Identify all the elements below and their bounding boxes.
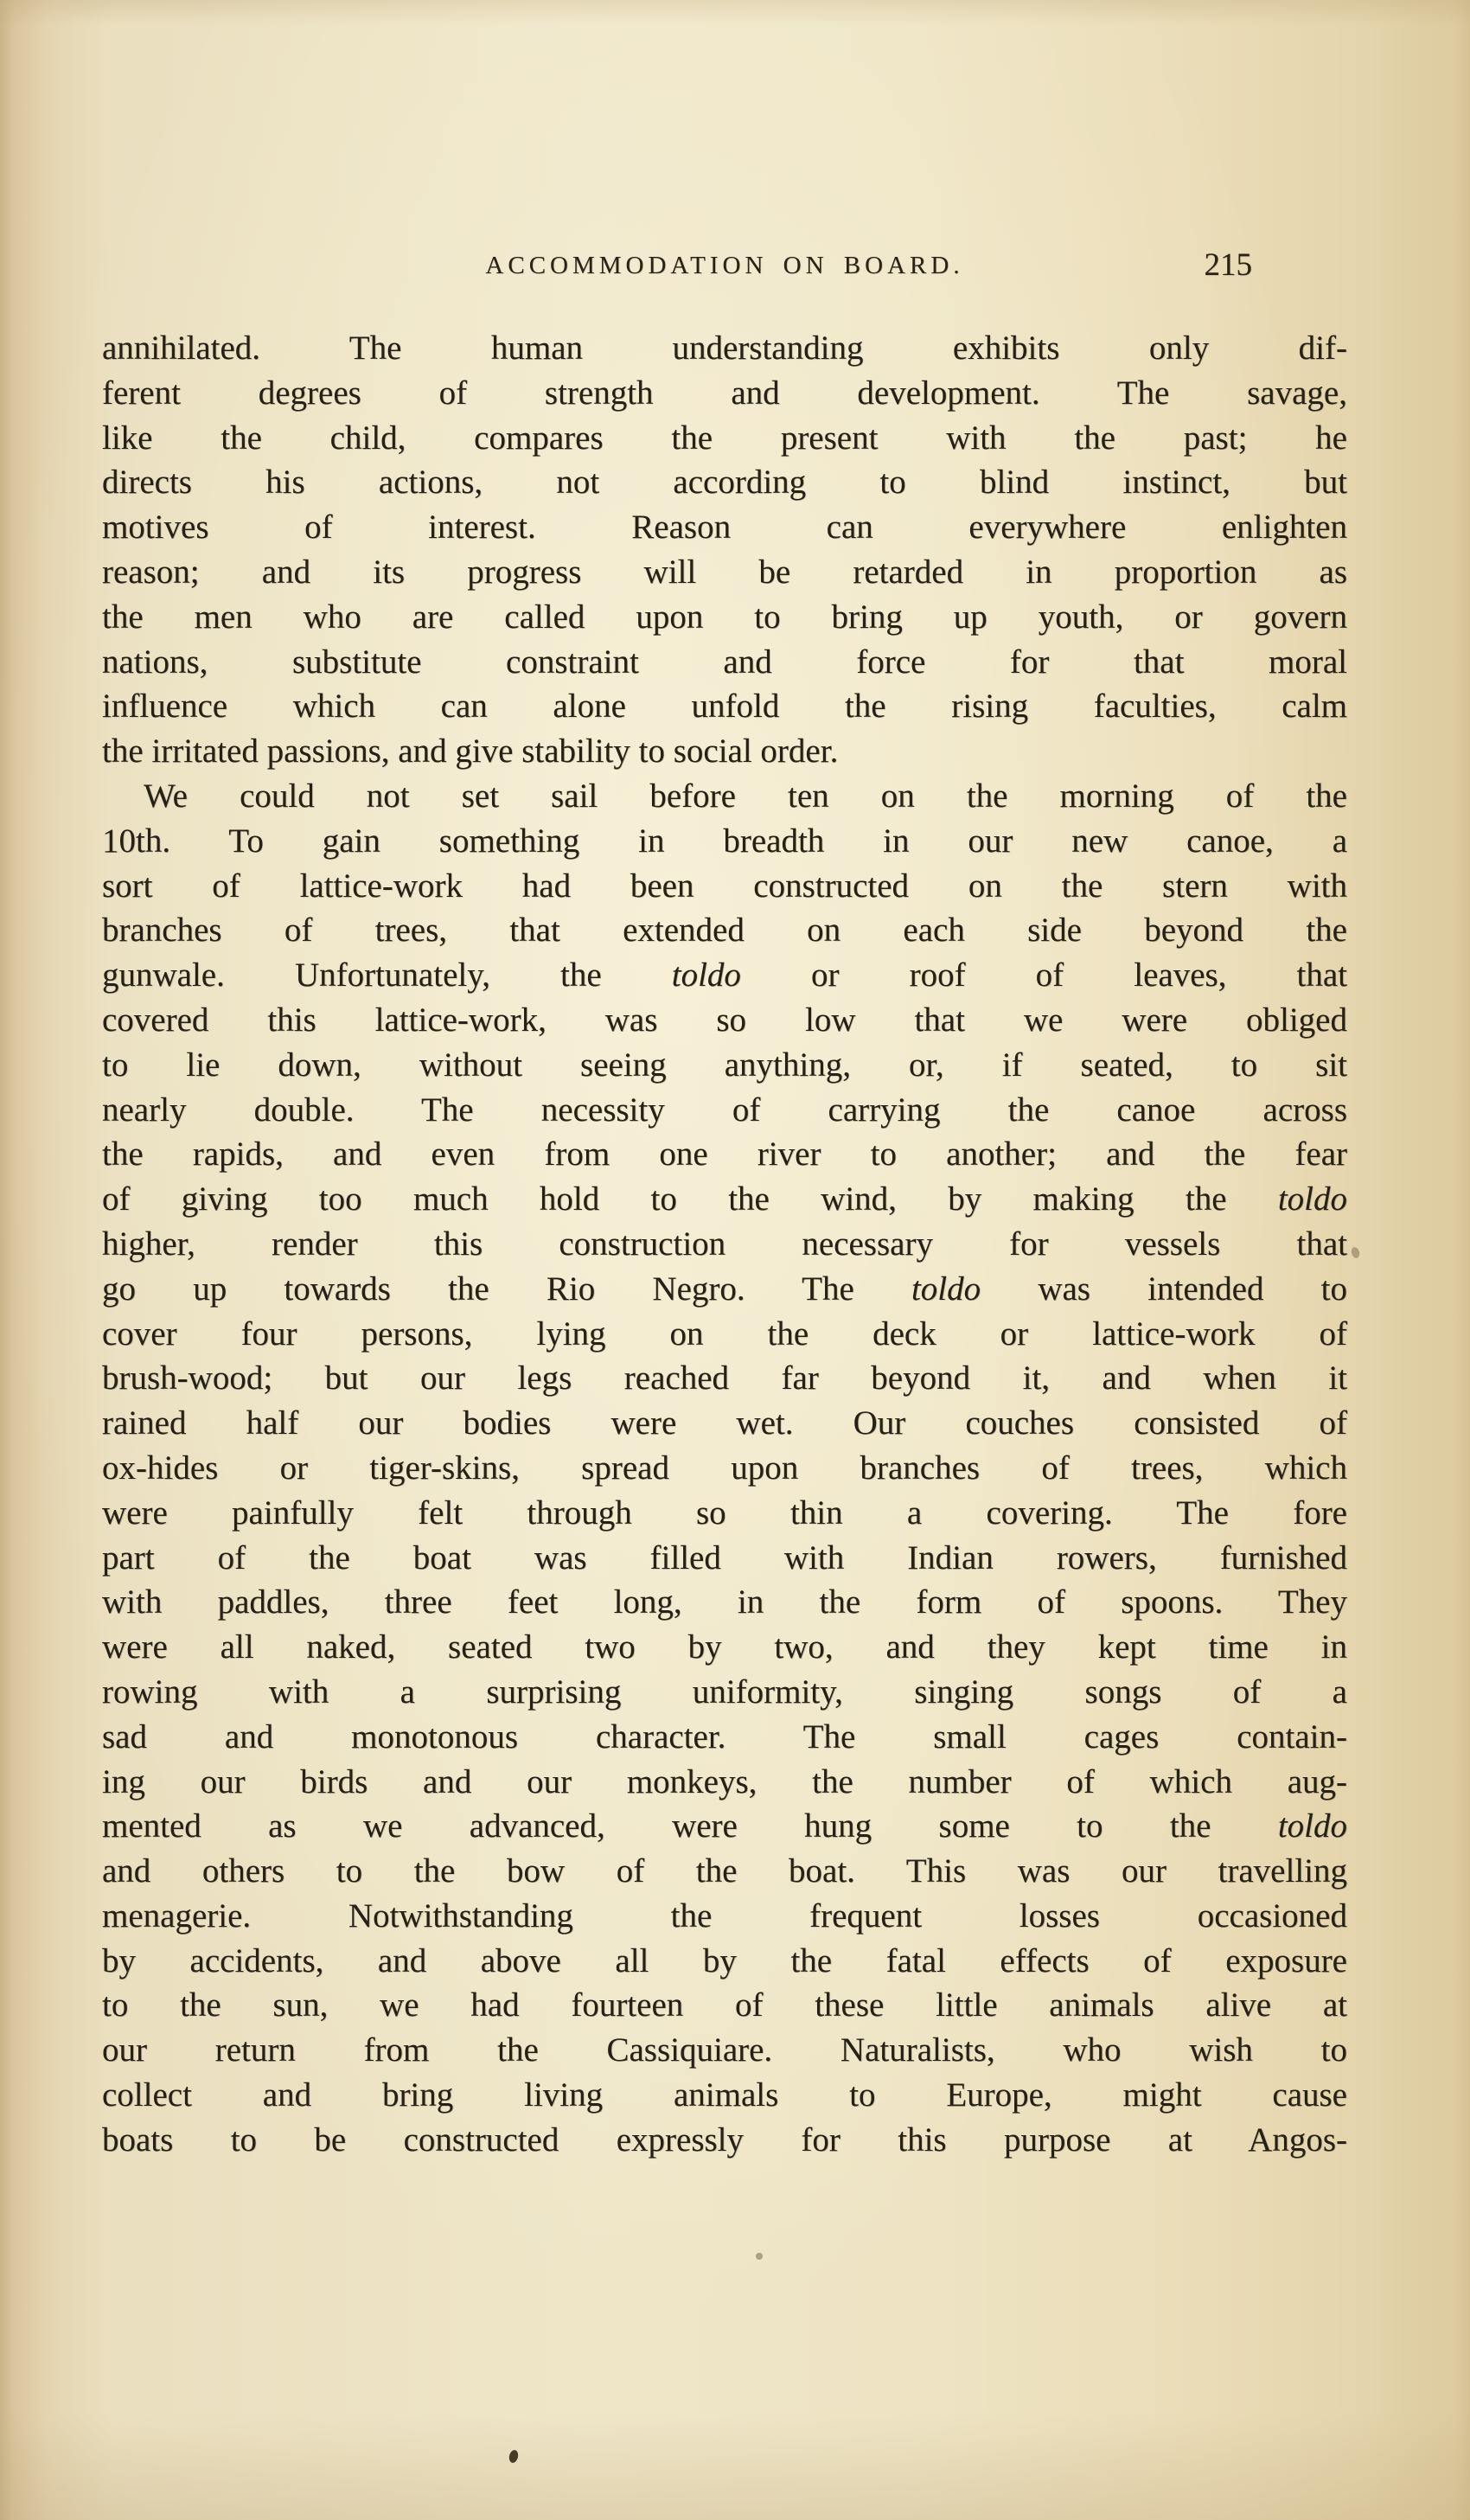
running-head: ACCOMMODATION ON BOARD. 215 [102,252,1347,295]
text-line: collect and bring living animals to Euro… [102,2073,1347,2118]
text-line: boats to be constructed expressly for th… [102,2118,1347,2163]
text-line: annihilated. The human understanding exh… [102,326,1347,371]
text-line: with paddles, three feet long, in the fo… [102,1580,1347,1625]
text-line: mented as we advanced, were hung some to… [102,1804,1347,1849]
text-line: motives of interest. Reason can everywhe… [102,505,1347,550]
text-line: We could not set sail before ten on the … [102,774,1347,819]
text-line: ferent degrees of strength and developme… [102,371,1347,416]
text-line: covered this lattice-work, was so low th… [102,998,1347,1043]
text-line: our return from the Cassiquiare. Natural… [102,2028,1347,2073]
text-line: gunwale. Unfortunately, the toldo or roo… [102,953,1347,998]
text-line: nations, substitute constraint and force… [102,640,1347,685]
text-line: of giving too much hold to the wind, by … [102,1177,1347,1222]
text-line: to the sun, we had fourteen of these lit… [102,1983,1347,2028]
text-line: and others to the bow of the boat. This … [102,1849,1347,1894]
paragraph: We could not set sail before ten on the … [102,774,1347,2163]
text-line: were painfully felt through so thin a co… [102,1491,1347,1536]
text-line: influence which can alone unfold the ris… [102,684,1347,729]
page-body: annihilated. The human understanding exh… [102,326,1347,2163]
text-line: the rapids, and even from one river to a… [102,1132,1347,1177]
text-line: the men who are called upon to bring up … [102,595,1347,640]
ink-speck [508,2449,520,2464]
text-line: directs his actions, not according to bl… [102,460,1347,505]
text-line: sad and monotonous character. The small … [102,1715,1347,1760]
text-line: ing our birds and our monkeys, the numbe… [102,1760,1347,1805]
text-line: like the child, compares the present wit… [102,416,1347,461]
text-line: ox-hides or tiger-skins, spread upon bra… [102,1446,1347,1491]
book-page-scan: ACCOMMODATION ON BOARD. 215 annihilated.… [0,0,1470,2520]
ink-speck [756,2253,763,2260]
text-line: by accidents, and above all by the fatal… [102,1939,1347,1984]
text-line: 10th. To gain something in breadth in ou… [102,819,1347,864]
text-line: rowing with a surprising uniformity, sin… [102,1670,1347,1715]
text-line: nearly double. The necessity of carrying… [102,1088,1347,1133]
text-line: higher, render this construction necessa… [102,1222,1347,1267]
ink-speck [1350,1246,1361,1259]
text-line: to lie down, without seeing anything, or… [102,1043,1347,1088]
text-line: reason; and its progress will be retarde… [102,550,1347,595]
text-line: sort of lattice-work had been constructe… [102,864,1347,909]
text-line: part of the boat was filled with Indian … [102,1536,1347,1581]
running-head-title: ACCOMMODATION ON BOARD. [102,252,1347,280]
text-line: go up towards the Rio Negro. The toldo w… [102,1267,1347,1312]
text-line: menagerie. Notwithstanding the frequent … [102,1894,1347,1939]
text-line: were all naked, seated two by two, and t… [102,1625,1347,1670]
text-line: brush-wood; but our legs reached far bey… [102,1356,1347,1401]
text-line: branches of trees, that extended on each… [102,908,1347,953]
text-line: rained half our bodies were wet. Our cou… [102,1401,1347,1446]
paragraph: annihilated. The human understanding exh… [102,326,1347,774]
page-number: 215 [1205,246,1253,284]
text-line: the irritated passions, and give stabili… [102,729,1347,774]
text-line: cover four persons, lying on the deck or… [102,1312,1347,1357]
